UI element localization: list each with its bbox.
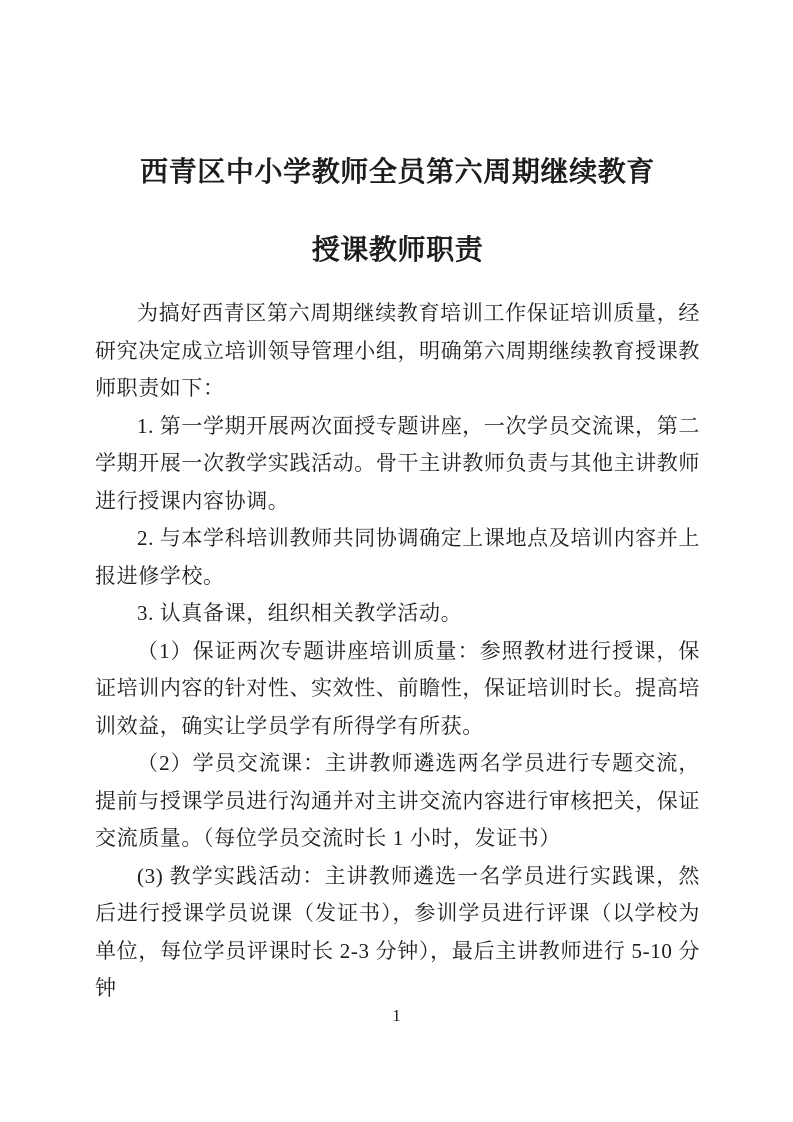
page-footer: 1 (0, 1006, 793, 1026)
document-title-line-2: 授课教师职责 (95, 233, 700, 269)
document-title-line-1: 西青区中小学教师全员第六周期继续教育 (95, 155, 700, 191)
page-number: 1 (392, 1006, 401, 1025)
paragraph-item-3: 3. 认真备课，组织相关教学活动。 (95, 595, 700, 633)
paragraph-subitem-3: (3) 教学实践活动：主讲教师遴选一名学员进行实践课，然后进行授课学员说课（发证… (95, 858, 700, 1008)
paragraph-intro: 为搞好西青区第六周期继续教育培训工作保证培训质量，经研究决定成立培训领导管理小组… (95, 295, 700, 408)
document-page: 西青区中小学教师全员第六周期继续教育 授课教师职责 为搞好西青区第六周期继续教育… (0, 0, 793, 1122)
paragraph-subitem-2: （2）学员交流课：主讲教师遴选两名学员进行专题交流，提前与授课学员进行沟通并对主… (95, 745, 700, 858)
document-body: 为搞好西青区第六周期继续教育培训工作保证培训质量，经研究决定成立培训领导管理小组… (95, 295, 700, 1008)
paragraph-item-2: 2. 与本学科培训教师共同协调确定上课地点及培训内容并上报进修学校。 (95, 520, 700, 595)
paragraph-item-1: 1. 第一学期开展两次面授专题讲座，一次学员交流课，第二学期开展一次教学实践活动… (95, 408, 700, 521)
paragraph-subitem-1: （1）保证两次专题讲座培训质量：参照教材进行授课，保证培训内容的针对性、实效性、… (95, 633, 700, 746)
